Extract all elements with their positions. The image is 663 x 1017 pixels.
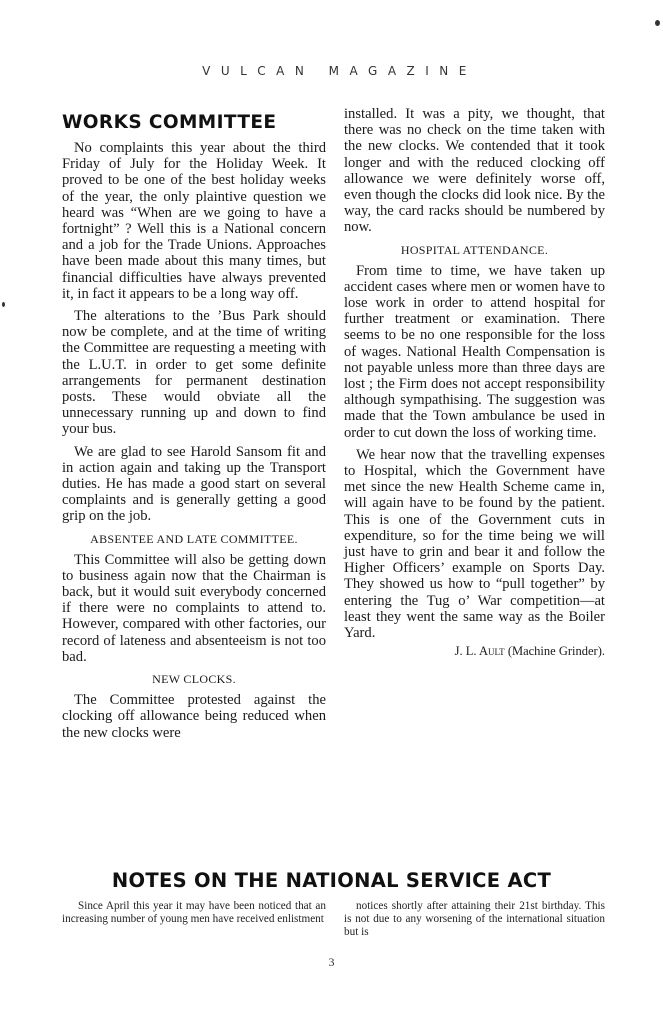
absentee-paragraph: This Committee will also be getting down…: [62, 552, 326, 665]
author-name: J. L. Ault: [455, 644, 505, 658]
works-committee-title: WORKS COMMITTEE: [62, 112, 326, 134]
hospital-paragraph-2: We hear now that the travelling expenses…: [344, 447, 605, 641]
new-clocks-subhead: NEW CLOCKS.: [62, 671, 326, 687]
magazine-page: VULCAN MAGAZINE WORKS COMMITTEE No compl…: [0, 0, 663, 1017]
new-clocks-paragraph-start: The Committee protested against the cloc…: [62, 692, 326, 741]
national-service-left-text: Since April this year it may have been n…: [62, 900, 326, 926]
works-paragraph-3: We are glad to see Harold Sansom fit and…: [62, 444, 326, 525]
hospital-paragraph-1: From time to time, we have taken up acci…: [344, 263, 605, 441]
print-speck: [2, 302, 5, 307]
left-column: WORKS COMMITTEE No complaints this year …: [62, 104, 326, 747]
national-service-title: NOTES ON THE NATIONAL SERVICE ACT: [0, 869, 663, 892]
author-role: (Machine Grinder).: [508, 644, 605, 658]
right-column: installed. It was a pity, we thought, th…: [344, 106, 605, 660]
author-signature: J. L. Ault (Machine Grinder).: [344, 643, 605, 659]
hospital-subhead: HOSPITAL ATTENDANCE.: [344, 242, 605, 258]
new-clocks-paragraph-continued: installed. It was a pity, we thought, th…: [344, 106, 605, 236]
works-paragraph-1: No complaints this year about the third …: [62, 140, 326, 302]
running-head: VULCAN MAGAZINE: [0, 64, 663, 78]
page-number: 3: [0, 955, 663, 970]
national-service-right-column: notices shortly after attaining their 21…: [344, 900, 605, 939]
print-speck: [655, 20, 660, 26]
absentee-subhead: ABSENTEE AND LATE COMMITTEE.: [62, 531, 326, 547]
works-paragraph-2: The alterations to the ’Bus Park should …: [62, 308, 326, 438]
national-service-right-text: notices shortly after attaining their 21…: [344, 900, 605, 939]
national-service-left-column: Since April this year it may have been n…: [62, 900, 326, 926]
